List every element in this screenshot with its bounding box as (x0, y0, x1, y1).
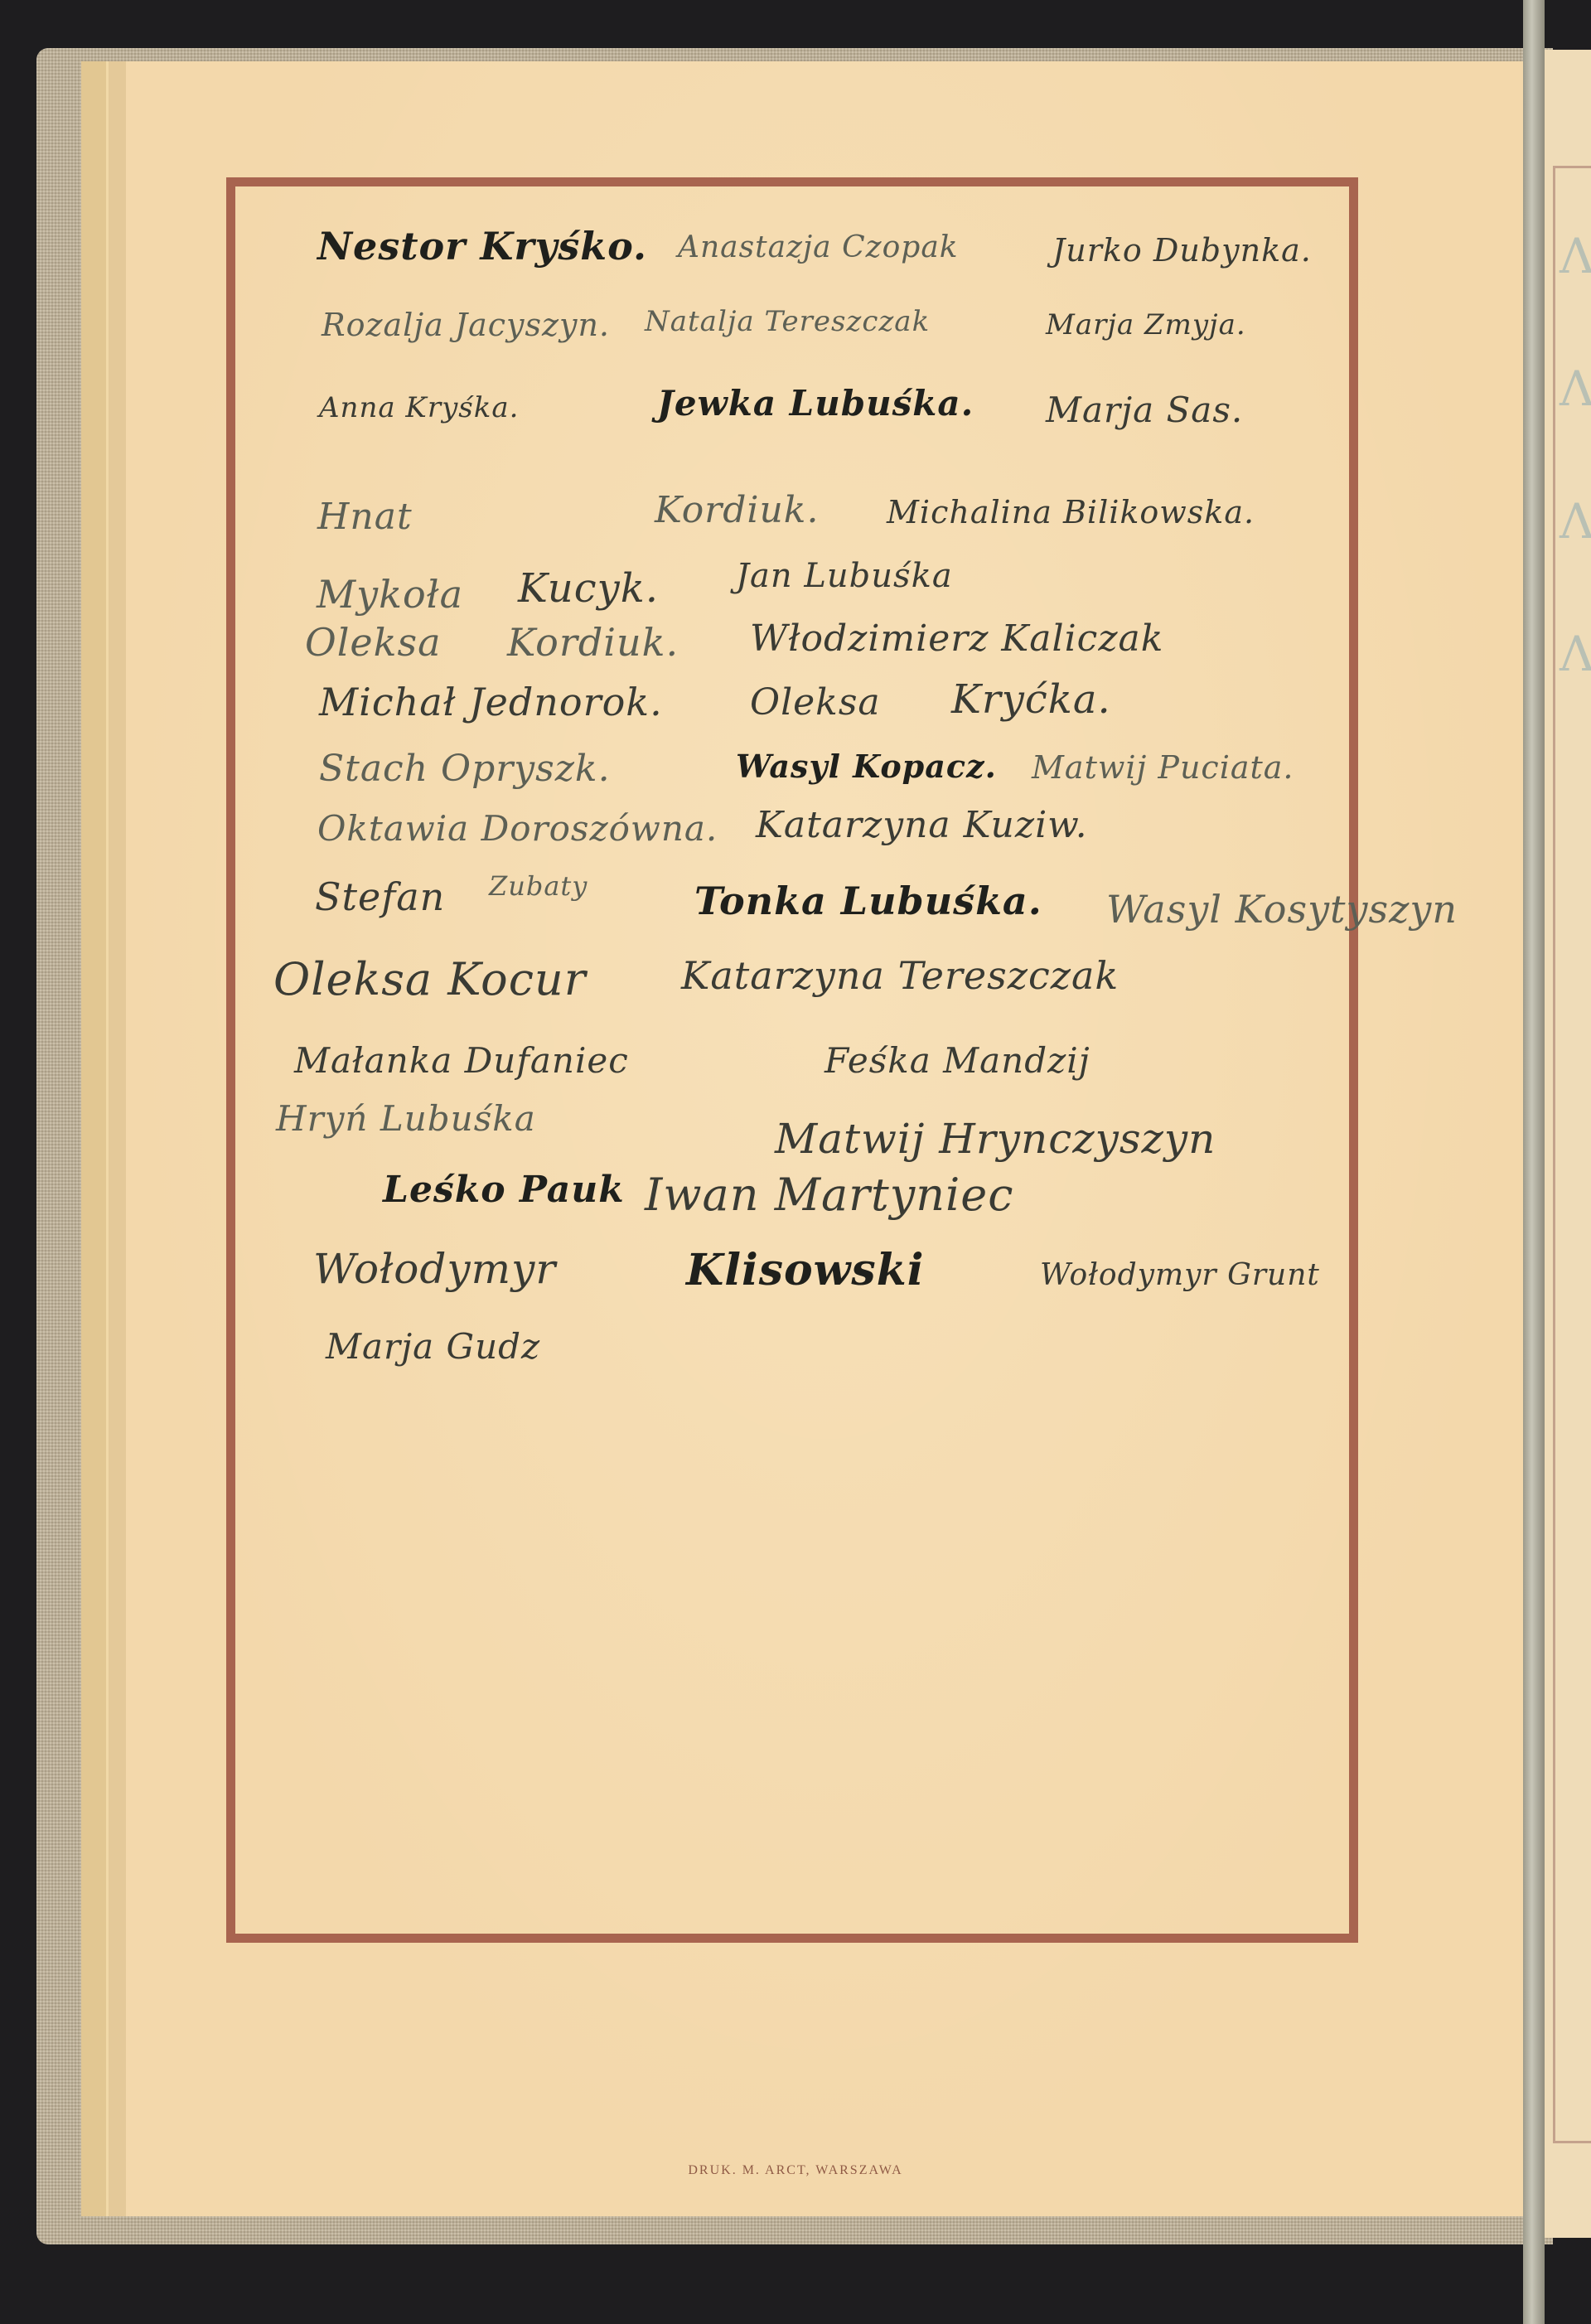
handwritten-signature: Mykoła (317, 572, 463, 617)
handwritten-signature: Kryćka. (951, 676, 1111, 723)
page-edges (81, 61, 131, 2216)
ornament-icon: Λ (1560, 365, 1591, 413)
handwritten-signature: Natalja Tereszczak (645, 305, 930, 338)
handwritten-signature: Feśka Mandzij (825, 1040, 1090, 1081)
handwritten-signature: Rozalja Jacyszyn. (322, 307, 610, 343)
handwritten-signature: Jewka Lubuśka. (657, 383, 974, 424)
ornament-icon: Λ (1560, 630, 1591, 678)
handwritten-signature: Marja Sas. (1046, 390, 1243, 430)
ornament-icon: Λ (1560, 232, 1591, 280)
handwritten-signature: Marja Gudz (326, 1326, 540, 1367)
handwritten-signature: Michał Jednorok. (319, 680, 663, 724)
handwritten-signature: Kordiuk. (655, 489, 819, 531)
handwritten-signature: Leśko Pauk (383, 1169, 625, 1211)
handwritten-signature: Anastazja Czopak (678, 230, 959, 264)
ornament-icon: Λ (1560, 497, 1591, 545)
handwritten-signature: Zubaty (489, 870, 588, 902)
book-gutter (1523, 0, 1545, 2324)
handwritten-signature: Nestor Kryśko. (317, 224, 647, 269)
handwritten-signature: Oleksa Kocur (273, 953, 587, 1005)
handwritten-signature: Włodzimierz Kaliczak (750, 617, 1163, 660)
handwritten-signature: Wasyl Kosytyszyn (1106, 887, 1458, 932)
handwritten-signature: Jan Lubuśka (736, 557, 953, 595)
printer-imprint: DRUK. M. ARCT, WARSZAWA (0, 2163, 1591, 2178)
adjacent-page: Λ Λ Λ Λ (1545, 50, 1591, 2238)
handwritten-signature: Wołodymyr Grunt (1040, 1258, 1320, 1292)
handwritten-signature: Marja Zmyja. (1046, 308, 1246, 341)
handwritten-signature: Matwij Hrynczyszyn (775, 1115, 1216, 1163)
handwritten-signature: Oleksa (750, 681, 881, 724)
handwritten-signature: Michalina Bilikowska. (887, 494, 1255, 530)
handwritten-signature: Tonka Lubuśka. (694, 879, 1042, 923)
handwritten-signature: Oleksa (305, 620, 442, 665)
handwritten-signature: Katarzyna Tereszczak (681, 953, 1119, 998)
handwritten-signature: Wasyl Kopacz. (736, 748, 997, 785)
handwritten-signature: Stach Opryszk. (319, 748, 611, 790)
handwritten-signature: Małanka Dufaniec (294, 1040, 629, 1081)
handwritten-signature: Wołodymyr (313, 1245, 556, 1293)
handwritten-signature: Iwan Martyniec (645, 1169, 1013, 1221)
handwritten-signature: Klisowski (686, 1245, 924, 1295)
handwritten-signature: Hnat (317, 496, 413, 538)
handwritten-signature: Kordiuk. (507, 620, 679, 665)
handwritten-signature: Hryń Lubuśka (276, 1098, 536, 1139)
adjacent-page-frame (1553, 166, 1591, 2143)
handwritten-signature: Kucyk. (518, 565, 659, 612)
handwritten-signature: Jurko Dubynka. (1052, 232, 1312, 269)
handwritten-signature: Matwij Puciata. (1032, 749, 1294, 786)
handwritten-signature: Anna Kryśka. (319, 391, 519, 424)
handwritten-signature: Oktawia Doroszówna. (317, 808, 718, 849)
handwritten-signature: Katarzyna Kuziw. (756, 804, 1088, 846)
handwritten-signature: Stefan (315, 874, 445, 919)
